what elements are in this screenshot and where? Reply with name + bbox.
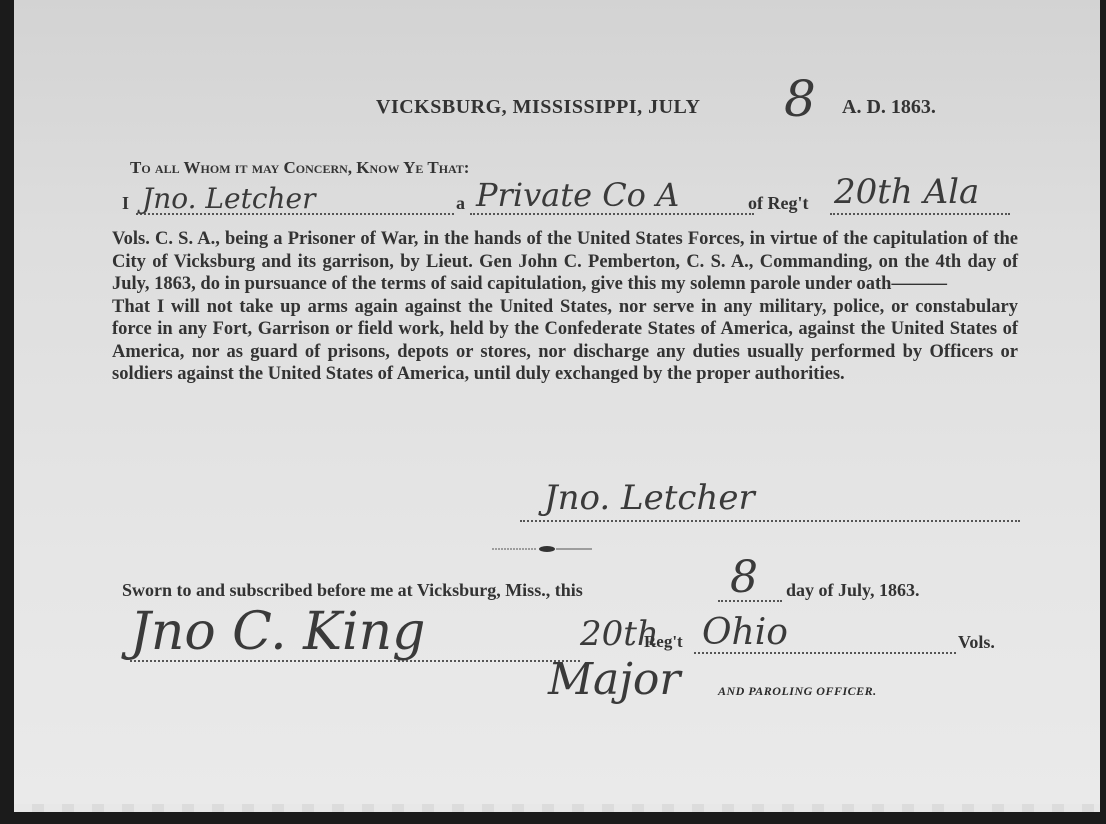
parolee-prefix: I [122,193,129,214]
sworn-text-before: Sworn to and subscribed before me at Vic… [122,580,583,601]
paroling-officer-title: AND PAROLING OFFICER. [718,684,877,699]
rank-handwritten: Private Co A [476,176,679,214]
body-paragraph-2: That I will not take up arms again again… [112,296,1018,386]
officer-rank-handwritten: Major [548,654,680,705]
officer-regiment-label: Reg't [644,632,683,652]
parolee-signature: Jno. Letcher [544,478,755,518]
parolee-name-handwritten: Jno. Letcher [142,182,316,215]
rank-prefix: a [456,193,465,214]
body-paragraph-1: Vols. C. S. A., being a Prisoner of War,… [112,228,1018,296]
officer-signature: Jno C. King [130,602,425,662]
salutation: To all Whom it may Concern, Know Ye That… [130,158,469,178]
parole-document: VICKSBURG, MISSISSIPPI, JULY 8 A. D. 186… [14,0,1100,812]
heading-year: A. D. 1863. [842,96,936,119]
regiment-handwritten: 20th Ala [834,172,979,212]
regiment-dotted-line [830,213,1010,215]
officer-state-handwritten: Ohio [702,612,788,653]
sworn-day-handwritten: 8 [730,552,758,603]
signature-dotted-line [520,520,1020,522]
heading-day-handwritten: 8 [784,70,816,128]
document-heading: VICKSBURG, MISSISSIPPI, JULY [376,96,700,119]
parole-body: Vols. C. S. A., being a Prisoner of War,… [112,228,1018,386]
ornament-divider-icon [492,544,592,554]
sworn-text-after: day of July, 1863. [786,580,920,601]
officer-vols-label: Vols. [958,632,995,653]
regiment-prefix: of Reg't [748,193,808,214]
